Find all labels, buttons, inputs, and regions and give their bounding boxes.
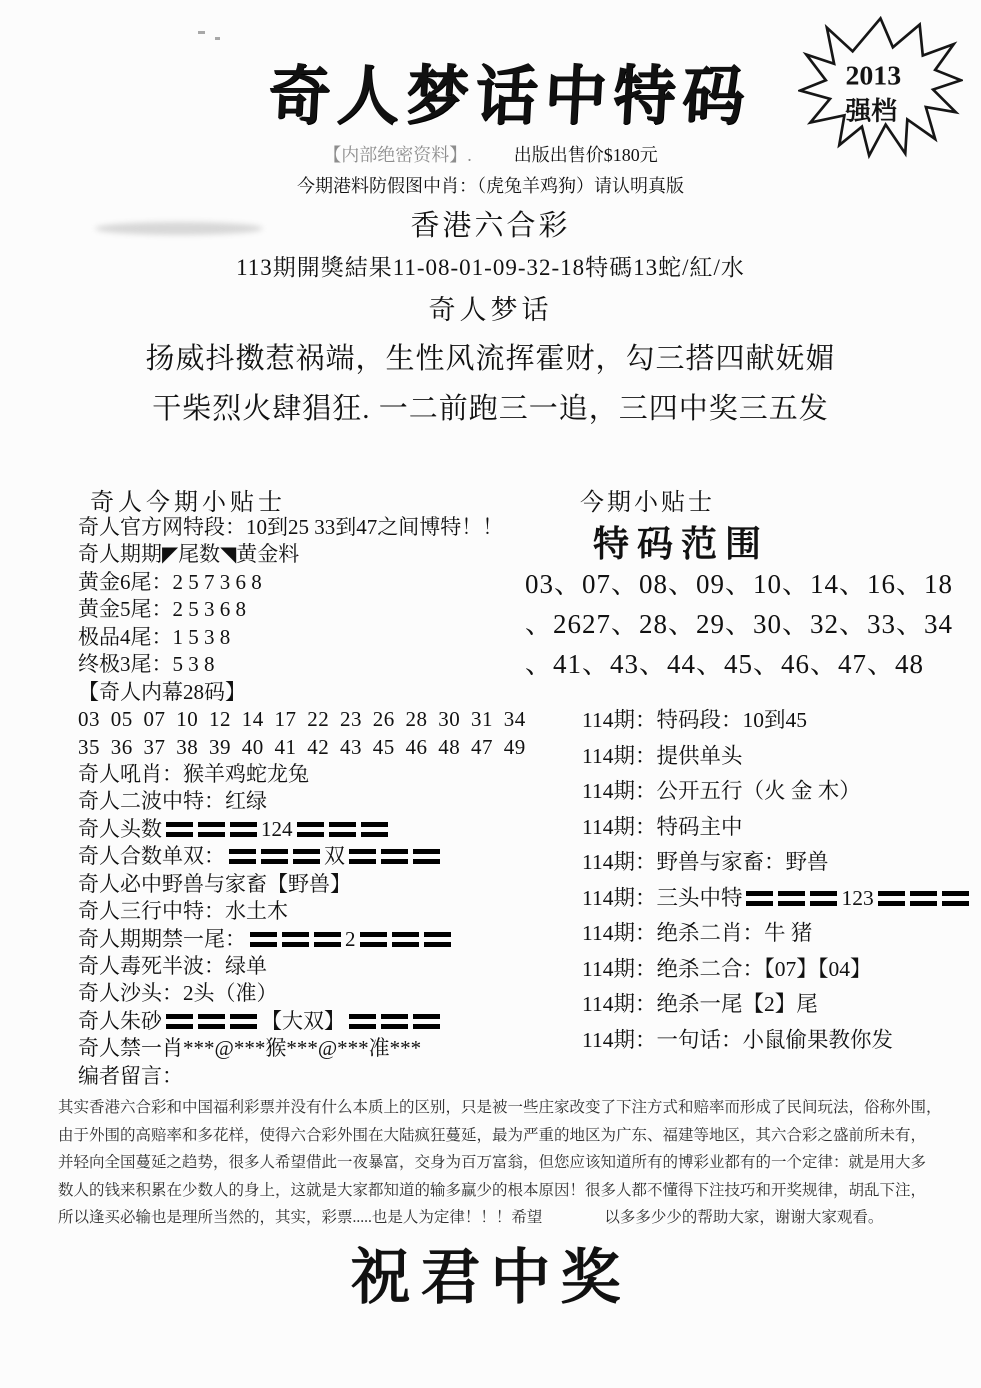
redaction-bars-icon	[746, 882, 837, 918]
period-line-wild-domestic: 114期：野兽与家畜：野兽	[582, 845, 975, 881]
period-line-kill-two-sum: 114期：绝杀二合：【07】【04】	[582, 952, 975, 988]
year-starburst-badge: 2013 强档	[798, 16, 963, 161]
left-line-cinnabar: 奇人朱砂【大双】	[78, 1008, 548, 1035]
redaction-bars-icon	[250, 927, 341, 954]
left-line-forbidden-tail: 奇人期期禁一尾：2	[78, 926, 548, 953]
period-line-one-sentence: 114期：一句话：小鼠偷果教你发	[582, 1023, 975, 1059]
redaction-bars-icon	[878, 882, 969, 918]
right-tips-column: 今期小贴士 特码范围 03、07、08、09、10、14、16、18 、2627…	[525, 482, 975, 1058]
left-line-cinnabar-prefix: 奇人朱砂	[78, 1009, 162, 1033]
page-title: 奇人梦话中特码	[158, 44, 863, 137]
editor-note-line-3: 并轻向全国蔓延之趋势，很多人希望借此一夜暴富，交身为百万富翁，但您应该知道所有的…	[58, 1149, 953, 1177]
redaction-bars-icon	[360, 927, 451, 954]
left-line-tail-gold: 奇人期期◤尾数◥黄金料	[78, 541, 548, 568]
period-line-code-segment: 114期：特码段：10到45	[582, 703, 975, 739]
starburst-icon: 2013 强档	[798, 16, 963, 161]
right-tips-title: 今期小贴士	[580, 482, 975, 516]
redaction-bars-icon	[229, 844, 320, 871]
redaction-bars-icon	[166, 1009, 257, 1036]
left-line-three-elements: 奇人三行中特：水土木	[78, 898, 548, 925]
left-line-sum-odd-even-prefix: 奇人合数单双：	[78, 844, 225, 868]
left-line-sum-odd-even-value: 双	[324, 844, 345, 868]
editor-note-line-1: 其实香港六合彩和中国福利彩票并没有什么本质上的区别，只是被一些庄家改变了下注方式…	[58, 1094, 953, 1122]
lottery-tip-sheet: 奇人梦话中特码 2013 强档 【内部绝密资料】.出版出售价$180元 今期港料…	[0, 0, 981, 1388]
period-114-list: 114期：特码段：10到45 114期：提供单头 114期：公开五行（火 金 木…	[582, 703, 975, 1058]
scan-speck	[198, 31, 205, 34]
range-numbers-row-3: 、41、43、44、45、46、47、48	[525, 644, 975, 684]
special-code-range-title: 特码范围	[593, 516, 975, 564]
left-line-editor-note-label: 编者留言：	[78, 1063, 548, 1090]
left-line-poison-half-wave: 奇人毒死半波：绿单	[78, 953, 548, 980]
editor-note-line-2: 由于外围的高赔率和多花样，使得六合彩外围在大陆疯狂蔓延，最为严重的地区为广东、福…	[58, 1122, 953, 1150]
section-subtitle: 奇人梦话	[0, 288, 981, 327]
redaction-bars-icon	[349, 1009, 440, 1036]
period-line-three-heads-value: 123	[841, 886, 873, 910]
left-line-inside-28-title: 【奇人内幕28码】	[78, 679, 548, 706]
scan-speck	[215, 37, 220, 40]
range-numbers-row-1: 03、07、08、09、10、14、16、18	[525, 564, 975, 604]
period-line-kill-two-zodiac: 114期：绝杀二肖：牛 猪	[582, 916, 975, 952]
left-line-sand-head: 奇人沙头：2头（准）	[78, 980, 548, 1007]
editor-note-line-5: 所以逢买必输也是理所当然的，其实，彩票.....也是人为定律！！！希望 以多多少…	[58, 1204, 953, 1232]
left-line-zodiac: 奇人吼肖：猴羊鸡蛇龙兔	[78, 761, 548, 788]
editor-note-paragraph: 其实香港六合彩和中国福利彩票并没有什么本质上的区别，只是被一些庄家改变了下注方式…	[58, 1094, 953, 1232]
left-line-forbidden-zodiac: 奇人禁一肖***@***猴***@***准***	[78, 1035, 548, 1062]
period-line-three-heads: 114期：三头中特123	[582, 881, 975, 917]
left-line-forbidden-tail-prefix: 奇人期期禁一尾：	[78, 927, 246, 951]
poem-line-1: 扬威抖擞惹祸端，生性风流挥霍财，勾三搭四献妩媚	[0, 336, 981, 377]
meta-line-antifake: 今期港料防假图中肖：（虎兔羊鸡狗）请认明真版	[0, 172, 981, 198]
redaction-bars-icon	[297, 817, 388, 844]
left-line-gold-5-tails: 黄金5尾：2 5 3 6 8	[78, 596, 548, 623]
left-line-numbers-row-2: 35 36 37 38 39 40 41 42 43 45 46 48 47 4…	[78, 734, 548, 761]
period-line-main-hit: 114期：特码主中	[582, 810, 975, 846]
badge-year-text: 2013	[845, 60, 901, 91]
left-line-sum-odd-even: 奇人合数单双：双	[78, 843, 548, 870]
left-line-cinnabar-value: 【大双】	[261, 1009, 345, 1033]
left-line-head-number: 奇人头数124	[78, 816, 548, 843]
lottery-name: 香港六合彩	[0, 203, 981, 244]
left-line-numbers-row-1: 03 05 07 10 12 14 17 22 23 26 28 30 31 3…	[78, 706, 548, 733]
blessing-text: 祝君中奖	[0, 1230, 981, 1316]
left-tips-column: 奇人今期小贴士 奇人官方网特段：10到25 33到47之间博特！！ 奇人期期◤尾…	[78, 482, 548, 1090]
period-line-five-elements: 114期：公开五行（火 金 木）	[582, 774, 975, 810]
draw-result-line: 113期開獎結果11-08-01-09-32-18特碼13蛇/紅/水	[0, 249, 981, 282]
meta-price: 出版出售价$180元	[514, 145, 658, 165]
left-line-forbidden-tail-value: 2	[345, 927, 356, 951]
range-numbers-row-2: 、2627、28、29、30、32、33、34	[525, 604, 975, 644]
meta-secret-material: 【内部绝密资料】.	[323, 145, 472, 165]
left-line-head-number-value: 124	[261, 817, 293, 841]
left-line-gold-6-tails: 黄金6尾：2 5 7 3 6 8	[78, 569, 548, 596]
period-line-single-head: 114期：提供单头	[582, 739, 975, 775]
editor-note-line-4: 数人的钱来积累在少数人的身上，这就是大家都知道的输多赢少的根本原因！很多人都不懂…	[58, 1177, 953, 1205]
left-line-wild-domestic: 奇人必中野兽与家畜【野兽】	[78, 871, 548, 898]
poem-line-2: 干柴烈火肆猖狂. 一二前跑三一追，三四中奖三五发	[0, 386, 981, 427]
left-line-official-range: 奇人官方网特段：10到25 33到47之间博特！！	[78, 514, 548, 541]
period-line-three-heads-prefix: 114期：三头中特	[582, 886, 742, 910]
left-line-top-4-tails: 极品4尾：1 5 3 8	[78, 624, 548, 651]
left-tips-title: 奇人今期小贴士	[78, 482, 548, 514]
period-line-kill-one-tail: 114期：绝杀一尾【2】尾	[582, 987, 975, 1023]
left-line-final-3-tails: 终极3尾：5 3 8	[78, 651, 548, 678]
redaction-bars-icon	[349, 844, 440, 871]
left-line-head-number-prefix: 奇人头数	[78, 817, 162, 841]
redaction-bars-icon	[166, 817, 257, 844]
badge-label-text: 强档	[844, 96, 897, 125]
left-line-two-waves: 奇人二波中特：红绿	[78, 788, 548, 815]
meta-line-price: 【内部绝密资料】.出版出售价$180元	[0, 141, 981, 167]
